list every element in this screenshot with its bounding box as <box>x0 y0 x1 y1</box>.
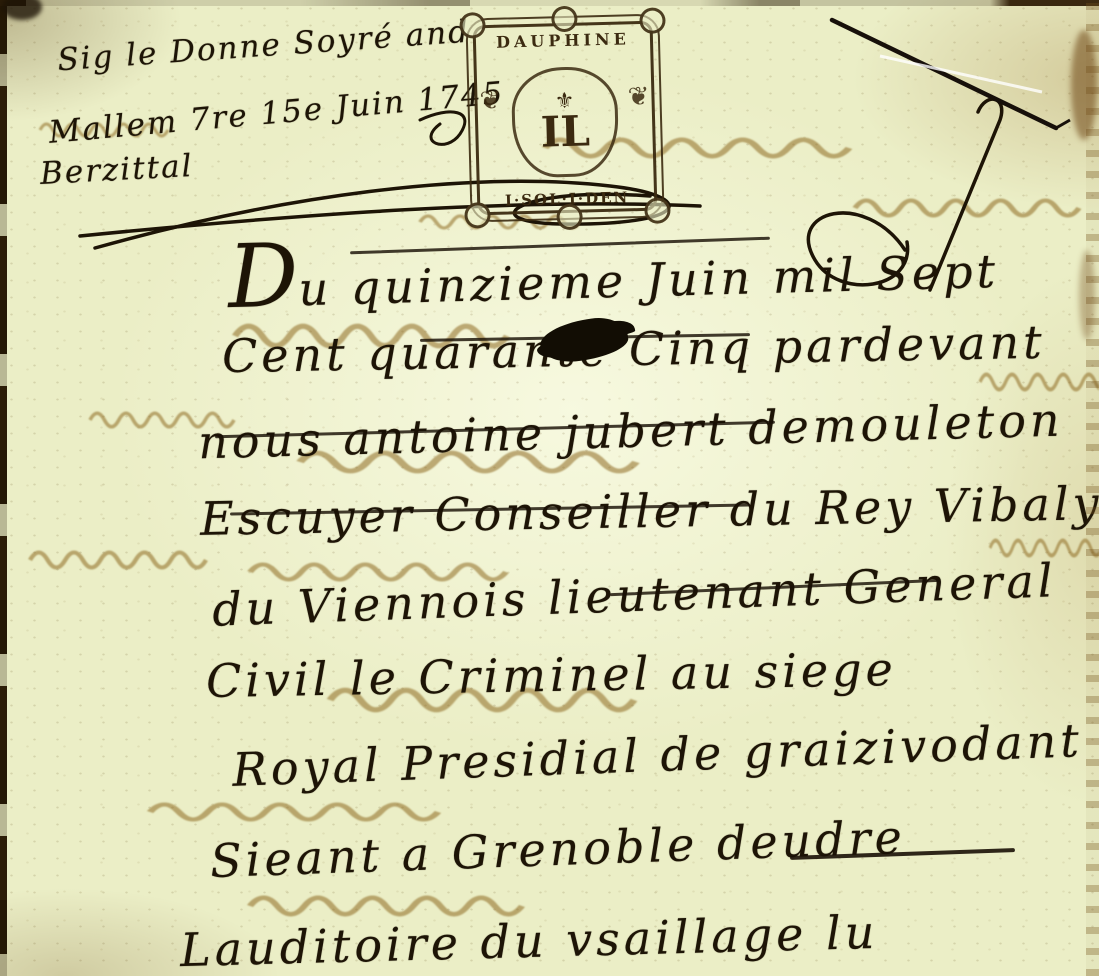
fiscal-stamp: DAUPHINE ❦ ❦ ⚜ IL I·SOL·I·DEN <box>463 11 666 224</box>
body-line-2: Cent quarante Cinq pardevant <box>222 319 1046 379</box>
stamp-cartouche: ⚜ IL <box>511 66 620 179</box>
body-line-7: Royal Presidial de graizivodant <box>231 717 1083 793</box>
page-edge-left <box>0 0 7 976</box>
body-line-6: Civil le Criminel au siege <box>206 646 897 704</box>
corner-smudge <box>2 0 42 20</box>
edge-smudge <box>1079 250 1095 340</box>
margin-note-line-1: Sig le Donne Soyré and <box>56 14 471 79</box>
page-edge-right <box>1086 0 1099 976</box>
margin-note-line-3: Berzittal <box>39 148 194 192</box>
body-line-3: nous antoine jubert demouleton <box>198 397 1065 466</box>
body-line-8: Sieant a Grenoble deudre <box>209 814 906 884</box>
floral-spray-icon: ❦ <box>479 86 502 117</box>
manuscript-page: Sig le Donne Soyré and Mallem 7re 15e Ju… <box>0 0 1099 976</box>
margin-note-line-2: Mallem 7re 15e Juin 1745 <box>47 75 505 151</box>
stamp-monogram: IL <box>540 111 590 154</box>
floral-spray-icon: ❦ <box>627 82 650 113</box>
edge-smudge <box>1071 30 1097 140</box>
body-line-9: Lauditoire du vsaillage lu <box>180 909 879 973</box>
body-line-1: Du quinzieme Juin mil Sept <box>227 214 1000 322</box>
page-edge-top <box>0 0 1099 6</box>
